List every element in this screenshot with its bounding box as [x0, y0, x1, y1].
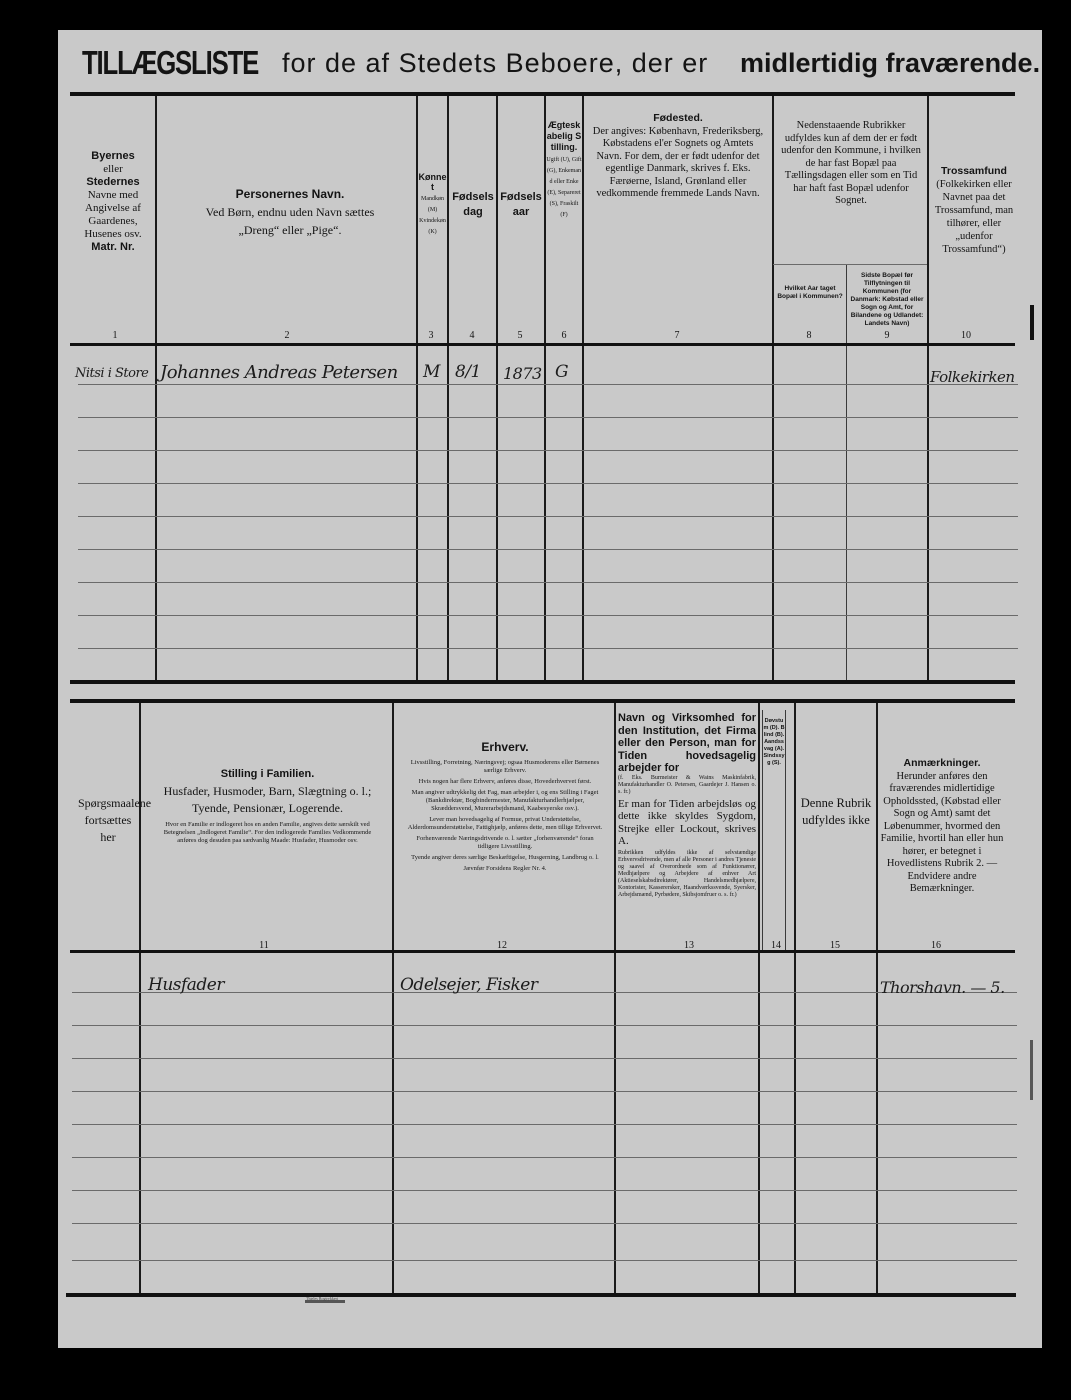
header-col-13-note: Rubrikken udfyldes ikke af selvstændige … [618, 850, 756, 899]
cell-remarks[interactable]: Thorshavn. — 5. [880, 978, 1005, 997]
row-rule [72, 1091, 1017, 1092]
col-number: 9 [877, 330, 897, 341]
col-divider [846, 265, 847, 682]
row-rule [78, 384, 1018, 385]
header-col-6-text: Ugift (U), Gift (G), Enkemand eller Enke… [546, 157, 581, 218]
header-col-15: Denne Rubrik udfyldes ikke [798, 795, 874, 829]
subheader-rule [773, 264, 927, 265]
col-divider [496, 96, 498, 682]
header-col-12-title: Erhverv. [481, 740, 528, 754]
header-col-14-title: Døvstum (D). Blind (B). Aandssvag (A). S… [763, 718, 784, 766]
edge-mark [1030, 1040, 1033, 1100]
col-divider [155, 96, 157, 682]
col-number: 3 [421, 330, 441, 341]
header-col-13-example: (f. Eks. Burmeister & Wains Maskinfabrik… [618, 775, 756, 796]
col-number: 13 [679, 940, 699, 951]
col-number: 7 [667, 330, 687, 341]
title-bold-prefix: TILLÆGSLISTE [82, 44, 258, 82]
header-col-16: Anmærkninger. Herunder anføres den fravæ… [880, 757, 1004, 896]
header-col-2-text: Ved Børn, endnu uden Navn sættes „Dreng“… [206, 205, 375, 237]
title-bold-suffix: midlertidig fraværende. [740, 48, 1040, 79]
row-rule [78, 648, 1018, 649]
col-number: 5 [510, 330, 530, 341]
table-bottom-rule [70, 680, 1015, 684]
cell-birth-year[interactable]: 1873 [503, 364, 542, 383]
col-number: 12 [492, 940, 512, 951]
col-divider [614, 703, 616, 1295]
header-col-6: Ægteskabelig Stilling. Ugift (U), Gift (… [546, 120, 582, 219]
row-rule [72, 1223, 1017, 1224]
header-rule [70, 343, 1015, 346]
header-col-12-para: Tyende angiver deres særlige Beskæftigel… [405, 854, 605, 862]
header-rule [70, 950, 1015, 953]
header-col-10-title: Trossamfund [941, 165, 1007, 177]
header-col-continued: Spørgsmaalene fortsættes her [78, 795, 138, 846]
cell-sex[interactable]: M [423, 362, 440, 382]
title-rule [70, 92, 1015, 96]
cell-birth-day[interactable]: 8/1 [455, 362, 481, 382]
header-col-12-para: Man angiver udtrykkelig det Fag, man arb… [405, 789, 605, 813]
header-col-1-text: eller [103, 163, 123, 175]
cell-occupation[interactable]: Odelsejer, Fisker [400, 975, 537, 995]
header-col-11: Stilling i Familien. Husfader, Husmoder,… [155, 765, 380, 845]
header-col-13-title: Navn og Virksomhed for den Institution, … [618, 712, 756, 774]
col-divider [758, 703, 760, 1295]
col-divider [392, 703, 394, 1295]
header-col-1-line: Gaardenes, [88, 215, 137, 227]
header-col-9: Sidste Bopæl før Tilflytningen til Kommu… [848, 272, 926, 328]
col-divider [794, 703, 796, 1295]
printer-imprint: Thieles Bogtrykkeri [306, 1296, 338, 1301]
header-col-8-title: Hvilket Aar taget Bopæl i Kommunen? [777, 285, 842, 300]
table-top-rule [70, 699, 1015, 703]
cell-marital[interactable]: G [555, 362, 568, 382]
col-divider [139, 703, 141, 1295]
col-divider [927, 96, 929, 682]
header-col-5: Fødselsaar [500, 190, 542, 220]
cell-place[interactable]: Nitsi i Store [75, 366, 148, 381]
col-number: 4 [462, 330, 482, 341]
row-rule [78, 549, 1018, 550]
header-col-8: Hvilket Aar taget Bopæl i Kommunen? [775, 285, 845, 301]
header-col-13: Navn og Virksomhed for den Institution, … [618, 712, 756, 899]
header-col-12-para: Lever man hovedsagelig af Formue, privat… [405, 816, 605, 832]
row-rule [78, 516, 1018, 517]
header-col-2-title: Personernes Navn. [236, 187, 345, 201]
header-col-1-footer: Matr. Nr. [91, 241, 134, 253]
header-col-12-para: Livsstilling, Forretning, Næringsvej; og… [405, 759, 605, 775]
title-middle: for de af Stedets Beboere, der er [282, 48, 708, 79]
row-rule [78, 483, 1018, 484]
header-col-12-para: Jævnfør Forsidens Regler Nr. 4. [405, 865, 605, 873]
header-group-8-9: Nedenstaaende Rubrikker udfyldes kun af … [780, 120, 922, 208]
row-rule [72, 1124, 1017, 1125]
header-col-16-title: Anmærkninger. [903, 757, 980, 769]
header-col-1-line: Husenes osv. [84, 228, 141, 240]
col-divider [582, 96, 584, 682]
col-number: 8 [799, 330, 819, 341]
col-divider [772, 96, 774, 682]
cell-religion[interactable]: Folkekirken [930, 368, 1015, 386]
header-col-1-title2: Stedernes [86, 176, 139, 188]
row-rule [72, 1260, 1017, 1261]
col-number: 16 [926, 940, 946, 951]
row-rule [72, 1025, 1017, 1026]
header-col-4: Fødselsdag [452, 190, 494, 220]
col-number: 6 [554, 330, 574, 341]
row-rule [78, 615, 1018, 616]
header-col-11-note: Hvor en Familie er indlogeret hos en and… [155, 821, 380, 845]
row-rule [78, 582, 1018, 583]
col-number: 11 [254, 940, 274, 951]
header-col-4-title: Fødselsdag [452, 191, 494, 218]
header-col-7: Fødested. Der angives: København, Freder… [590, 112, 766, 201]
header-col-11-text: Husfader, Husmoder, Barn, Slægtning o. l… [164, 784, 372, 815]
header-col-16-text: Herunder anføres den fraværendes midlert… [881, 771, 1004, 895]
header-col-5-title: Fødselsaar [500, 191, 542, 218]
header-group-text: Nedenstaaende Rubrikker udfyldes kun af … [781, 120, 921, 206]
header-col-1-title: Byernes [91, 150, 134, 162]
header-col-7-text: Der angives: København, Frederiksberg, K… [593, 126, 763, 200]
edge-mark [1030, 305, 1034, 340]
header-col-11-title: Stilling i Familien. [221, 768, 315, 780]
cell-family-position[interactable]: Husfader [148, 975, 224, 995]
col-number: 10 [956, 330, 976, 341]
header-col-9-title: Sidste Bopæl før Tilflytningen til Kommu… [851, 272, 924, 327]
row-rule [78, 417, 1018, 418]
header-col-15-text: Denne Rubrik udfyldes ikke [801, 796, 871, 827]
header-col-10: Trossamfund (Folkekirken eller Navnet pa… [930, 165, 1018, 256]
header-col-7-title: Fødested. [653, 112, 703, 124]
form-title: TILLÆGSLISTE for de af Stedets Beboere, … [82, 44, 1012, 90]
header-col-6-title: Ægteskabelig Stilling. [547, 120, 582, 152]
col-number: 2 [277, 330, 297, 341]
header-col-3-title: Kønnet [419, 172, 447, 192]
header-col-1-line: Angivelse af [85, 202, 141, 214]
col-number: 15 [825, 940, 845, 951]
header-col-2: Personernes Navn. Ved Børn, endnu uden N… [195, 185, 385, 239]
row-rule [72, 1058, 1017, 1059]
header-col-13-text: Er man for Tiden arbejdsløs og dette ikk… [618, 798, 756, 848]
header-col-1: Byernes eller Stedernes Navne med Angive… [72, 150, 154, 254]
col-number: 1 [105, 330, 125, 341]
table-bottom-rule [66, 1293, 1016, 1297]
col-divider [447, 96, 449, 682]
col-number: 14 [766, 940, 786, 951]
header-col-10-text: (Folkekirken eller Navnet paa det Trossa… [935, 179, 1013, 255]
header-col-12-para: Hvis nogen har flere Erhverv, anføres di… [405, 778, 605, 786]
header-col-12: Erhverv. Livsstilling, Forretning, Nærin… [405, 738, 605, 873]
header-col-1-line: Navne med [88, 189, 138, 201]
row-rule [72, 1190, 1017, 1191]
row-rule [72, 1157, 1017, 1158]
header-col-14: Døvstum (D). Blind (B). Aandssvag (A). S… [763, 718, 785, 767]
header-col-3: Kønnet Mandkøn (M) Kvindekøn (K) [418, 172, 447, 236]
row-rule [78, 450, 1018, 451]
header-col-3-text: Mandkøn (M) Kvindekøn (K) [419, 196, 446, 235]
col-divider [876, 703, 878, 1295]
header-col-12-para: Forhenværende Næringsdrivende o. l. sætt… [405, 835, 605, 851]
cell-name[interactable]: Johannes Andreas Petersen [160, 362, 398, 383]
col-divider [785, 710, 786, 950]
